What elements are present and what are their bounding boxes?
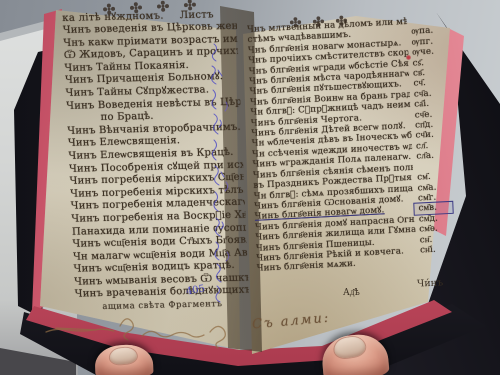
fingernail — [333, 335, 367, 360]
catchword: Чи́нъ — [417, 277, 444, 289]
contents-line-list: Чнъ млтвенный на дѣломъ или мѣ. стѣмъ ѡч… — [247, 15, 455, 275]
photo-of-antique-book: ка літѣ нꙋждномъ. Листъ Чинъ воведенія в… — [0, 0, 500, 375]
right-page-contents: Чнъ млтвенный на дѣломъ или мѣ. стѣмъ ѡч… — [247, 15, 455, 275]
page-number — [416, 254, 454, 266]
fingernail — [109, 347, 137, 365]
handwritten-inscription-left — [42, 306, 242, 354]
ink-marginalia-column — [202, 42, 236, 304]
page-column-header: Листъ — [179, 8, 214, 22]
quire-signature-mark: Ад҃ѣ — [343, 287, 360, 298]
